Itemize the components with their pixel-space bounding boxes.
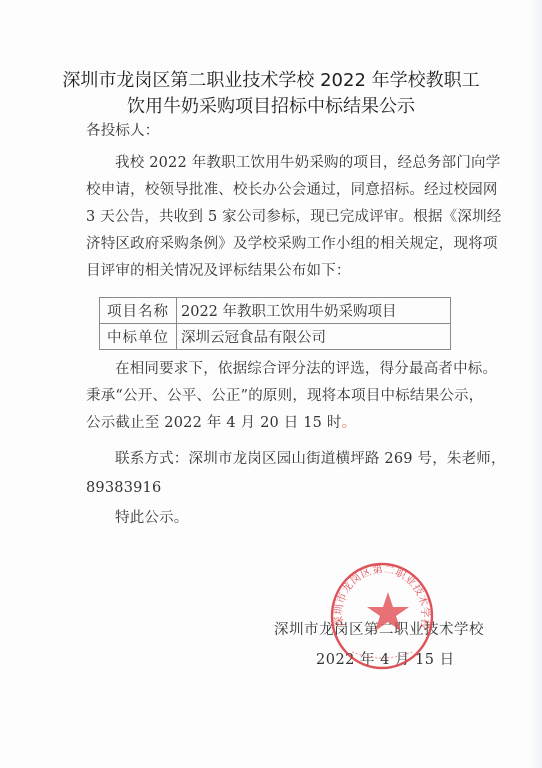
seal-star-icon (367, 592, 409, 631)
contact-phone: 89383916 (86, 479, 161, 497)
paragraph1-line-5: 目评审的相关情况及评标结果公布如下： (86, 262, 351, 280)
paragraph2-line-3: 公示截止至 2022 年 4 月 20 日 15 时。 (86, 414, 356, 432)
deadline-period: 。 (342, 415, 357, 431)
document-title-line-2: 饮用牛奶采购项目招标中标结果公示 (0, 92, 542, 118)
salutation: 各投标人： (86, 122, 160, 140)
table-key-winning-bidder: 中标单位 (100, 324, 177, 350)
contact-line-1: 联系方式：深圳市龙岗区园山街道横坪路 269 号，朱老师， (115, 450, 506, 468)
table-value-project-name: 2022 年教职工饮用牛奶采购项目 (177, 298, 451, 324)
paragraph1-line-2: 校申请，校领导批准、校长办公会通过，同意招标。经过校园网 (86, 181, 498, 199)
closing-text: 特此公示。 (115, 509, 189, 527)
paragraph1-line-1: 我校 2022 年教职工饮用牛奶采购的项目，经总务部门向学 (115, 154, 500, 172)
bid-result-table: 项目名称 2022 年教职工饮用牛奶采购项目 中标单位 深圳云冠食品有限公司 (99, 297, 451, 350)
document-title-line-1: 深圳市龙岗区第二职业技术学校 2022 年学校教职工 (0, 66, 542, 92)
table-row: 中标单位 深圳云冠食品有限公司 (100, 324, 451, 350)
deadline-text: 公示截止至 2022 年 4 月 20 日 15 时 (86, 415, 342, 431)
table-value-winning-bidder: 深圳云冠食品有限公司 (177, 324, 451, 350)
table-row: 项目名称 2022 年教职工饮用牛奶采购项目 (100, 298, 451, 324)
paragraph2-line-2: 秉承“公开、公平、公正”的原则，现将本项目中标结果公示， (86, 387, 483, 405)
official-seal-stamp: 深圳市龙岗区第二职业技术学校 (330, 562, 434, 670)
paragraph1-line-4: 济特区政府采购条例》及学校采购工作小组的相关规定，现将项 (86, 235, 498, 253)
paragraph2-line-1: 在相同要求下，依据综合评分法的评选，得分最高者中标。 (115, 360, 497, 378)
table-key-project-name: 项目名称 (100, 298, 177, 324)
paragraph1-line-3: 3 天公告，共收到 5 家公司参标，现已完成评审。根据《深圳经 (86, 208, 501, 226)
